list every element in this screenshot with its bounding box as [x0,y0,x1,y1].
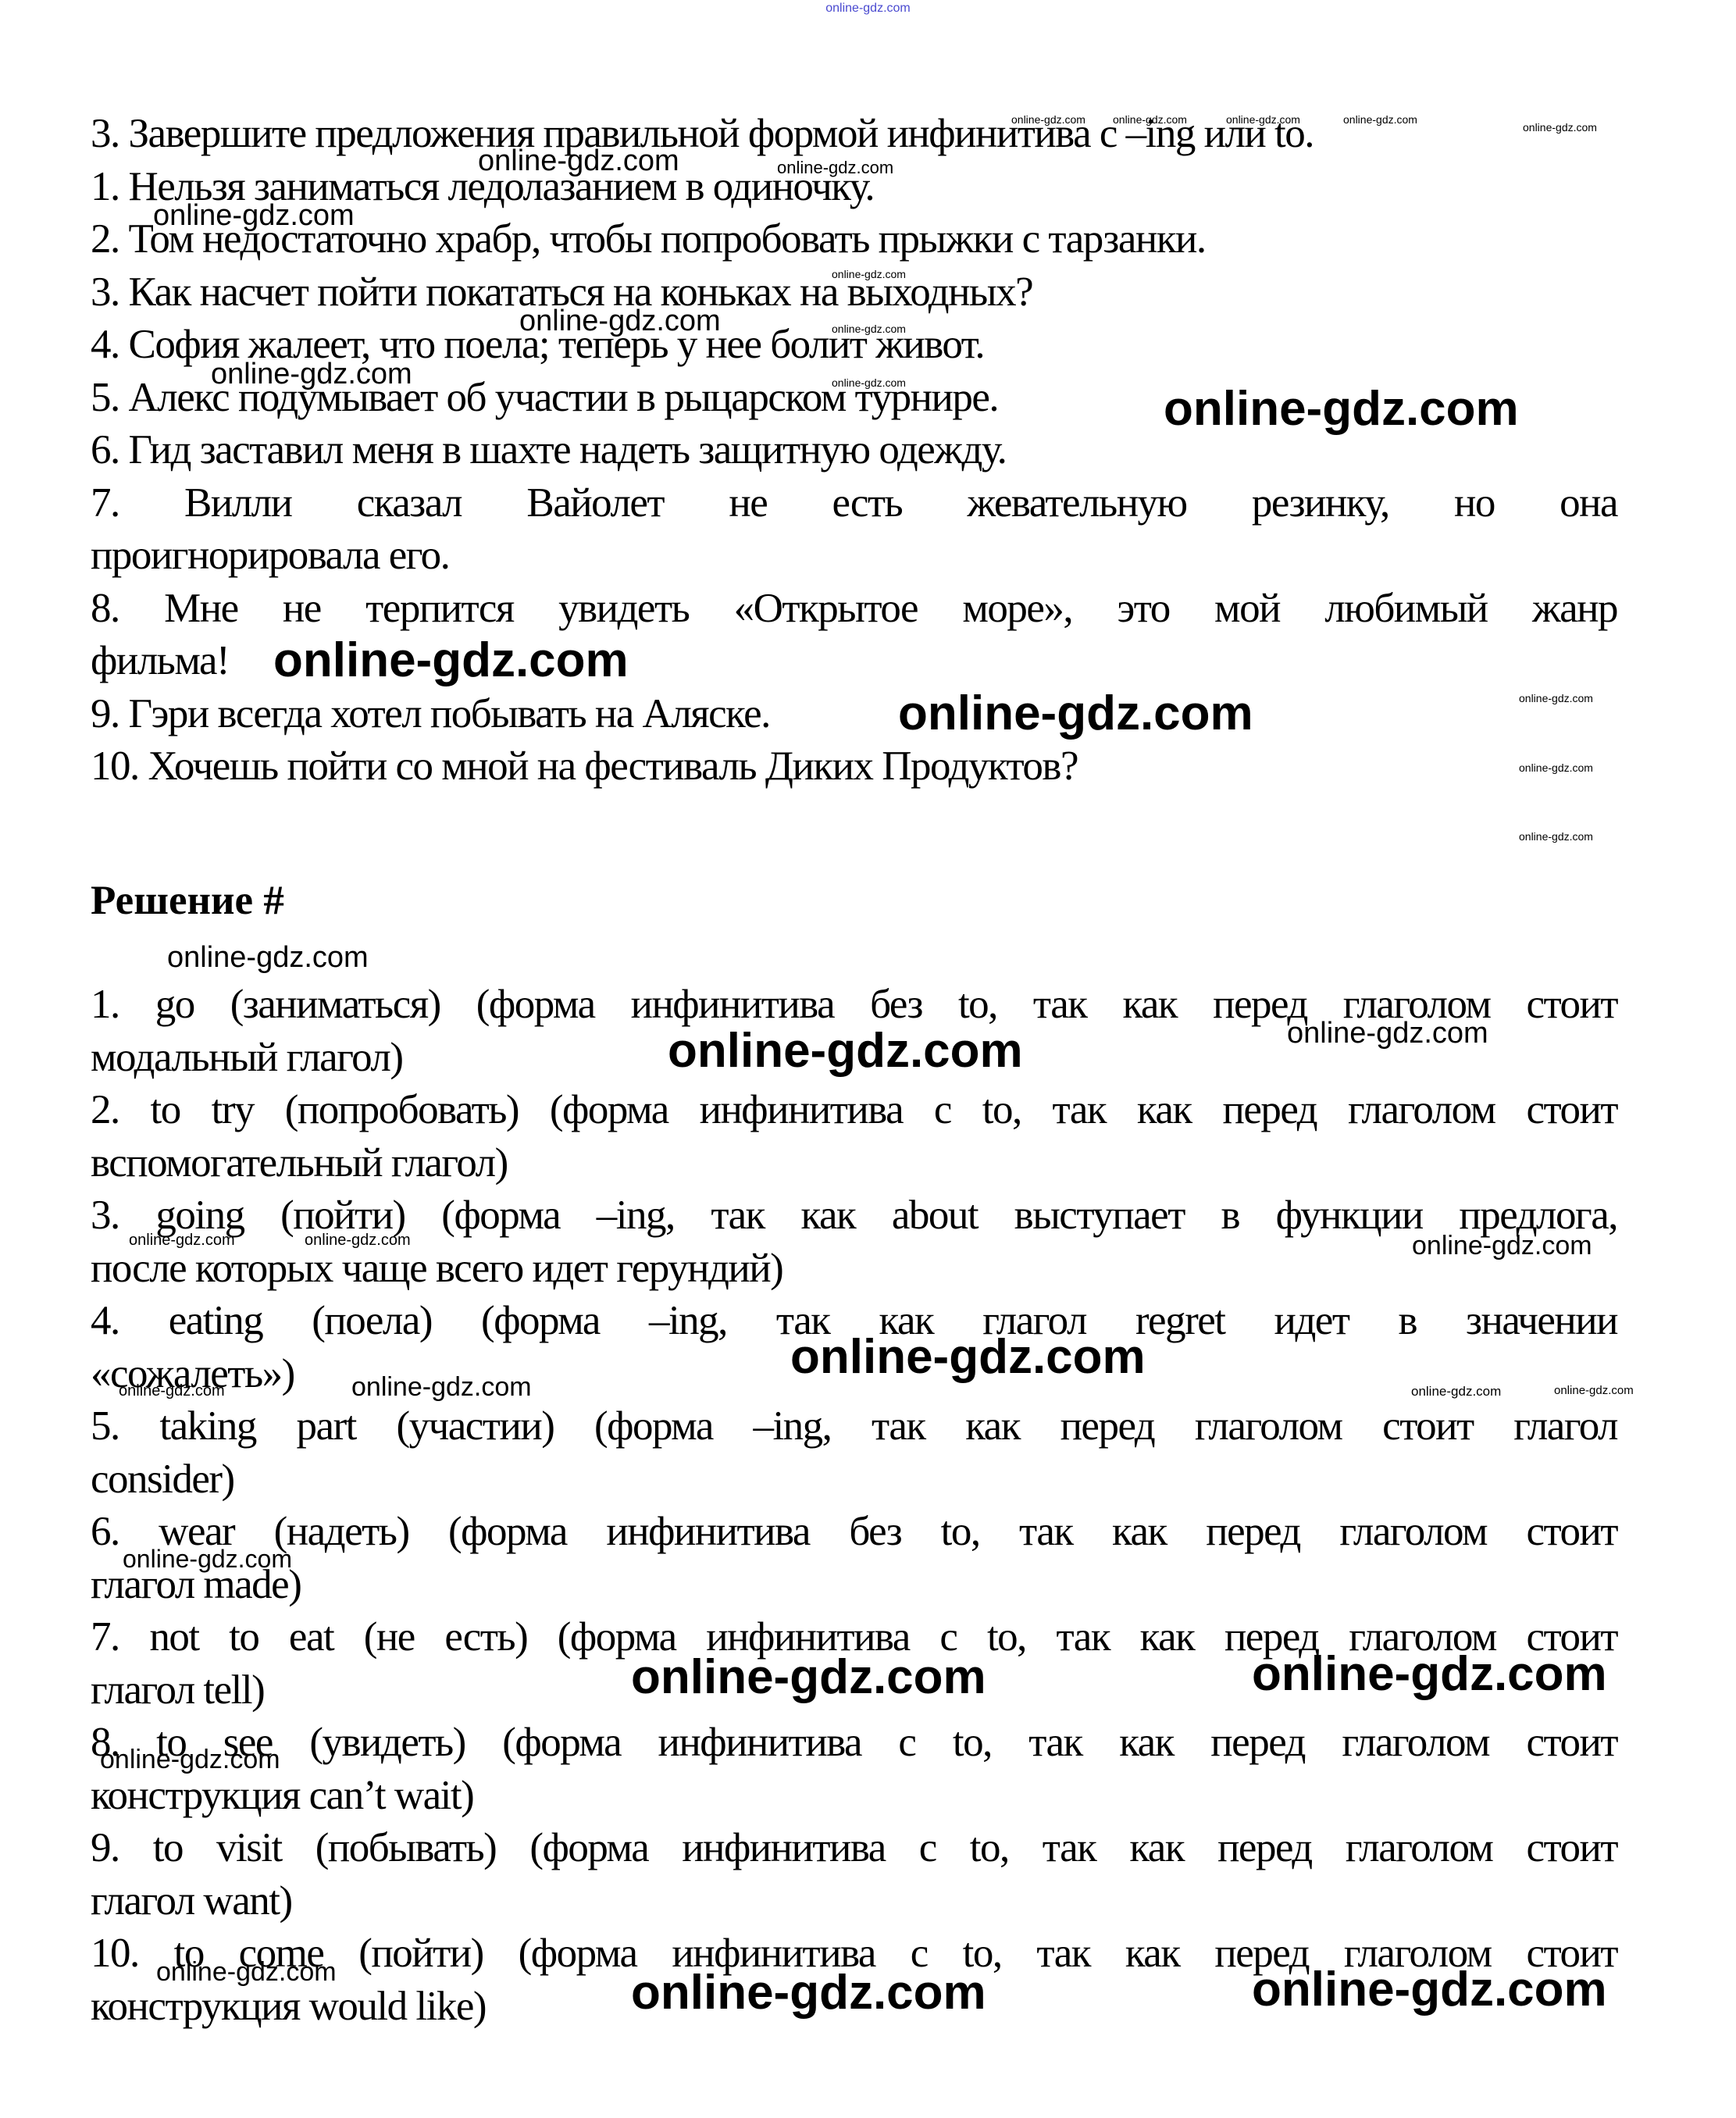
watermark: online-gdz.com [519,305,721,338]
solution-line: 8. to see (увидеть) (форма инфинитива с … [91,1717,1617,1770]
watermark: online-gdz.com [1412,1231,1592,1261]
watermark: online-gdz.com [305,1232,411,1250]
watermark: online-gdz.com [1519,761,1593,774]
watermark: online-gdz.com [832,268,906,280]
watermark: online-gdz.com [898,686,1253,741]
watermark: online-gdz.com [119,1382,225,1400]
solution-line: 6. wear (надеть) (форма инфинитива без t… [91,1506,1617,1559]
watermark: online-gdz.com [631,1649,986,1705]
watermark: online-gdz.com [167,941,369,975]
task-sentence: 8. Мне не терпится увидеть «Открытое мор… [91,583,1617,636]
watermark: online-gdz.com [1411,1384,1501,1400]
watermark: online-gdz.com [1523,121,1597,134]
watermark: online-gdz.com [129,1232,235,1250]
watermark: online-gdz.com [351,1372,532,1403]
solution-line: 2. to try (попробовать) (форма инфинитив… [91,1084,1617,1137]
solution-line: вспомогательный глагол) [91,1137,1617,1190]
watermark: online-gdz.com [211,358,412,391]
task-sentence: 9. Гэри всегда хотел побывать на Аляске. [91,688,1617,741]
watermark: online-gdz.com [100,1745,280,1775]
watermark: online-gdz.com [668,1023,1023,1079]
solution-line: consider) [91,1453,1617,1506]
watermark: online-gdz.com [1287,1017,1488,1050]
watermark: online-gdz.com [1164,381,1519,437]
watermark: online-gdz.com [156,1957,337,1988]
watermark: online-gdz.com [790,1329,1146,1385]
watermark: online-gdz.com [1252,1646,1607,1702]
watermark: online-gdz.com [273,633,629,688]
watermark: online-gdz.com [832,323,906,335]
watermark: online-gdz.com [1554,1384,1634,1397]
watermark: online-gdz.com [123,1545,292,1574]
watermark: online-gdz.com [1011,113,1085,126]
solution-heading: Решение # [91,875,1617,928]
watermark: online-gdz.com [478,144,679,178]
top-watermark: online-gdz.com [0,2,1736,16]
task-sentence-cont: проигнорировала его. [91,529,1617,583]
watermark: online-gdz.com [1519,830,1593,843]
solution-line: 5. taking part (участии) (форма –ing, та… [91,1400,1617,1453]
solution-line: конструкция can’t wait) [91,1770,1617,1823]
solution-line: 9. to visit (побывать) (форма инфинитива… [91,1822,1617,1875]
watermark: online-gdz.com [153,199,355,233]
watermark: online-gdz.com [1519,692,1593,704]
watermark: online-gdz.com [832,376,906,389]
solution-line: глагол made) [91,1559,1617,1612]
watermark: online-gdz.com [1343,113,1417,126]
watermark: online-gdz.com [777,158,893,178]
task-sentence: 10. Хочешь пойти со мной на фестиваль Ди… [91,740,1617,793]
task-sentence: 7. Вилли сказал Вайолет не есть жеватель… [91,477,1617,530]
watermark: online-gdz.com [631,1965,986,2020]
watermark: online-gdz.com [1226,113,1300,126]
solution-line: глагол want) [91,1875,1617,1928]
watermark: online-gdz.com [1252,1962,1607,2017]
solution-line: после которых чаще всего идет герундий) [91,1243,1617,1296]
watermark: online-gdz.com [1113,113,1187,126]
